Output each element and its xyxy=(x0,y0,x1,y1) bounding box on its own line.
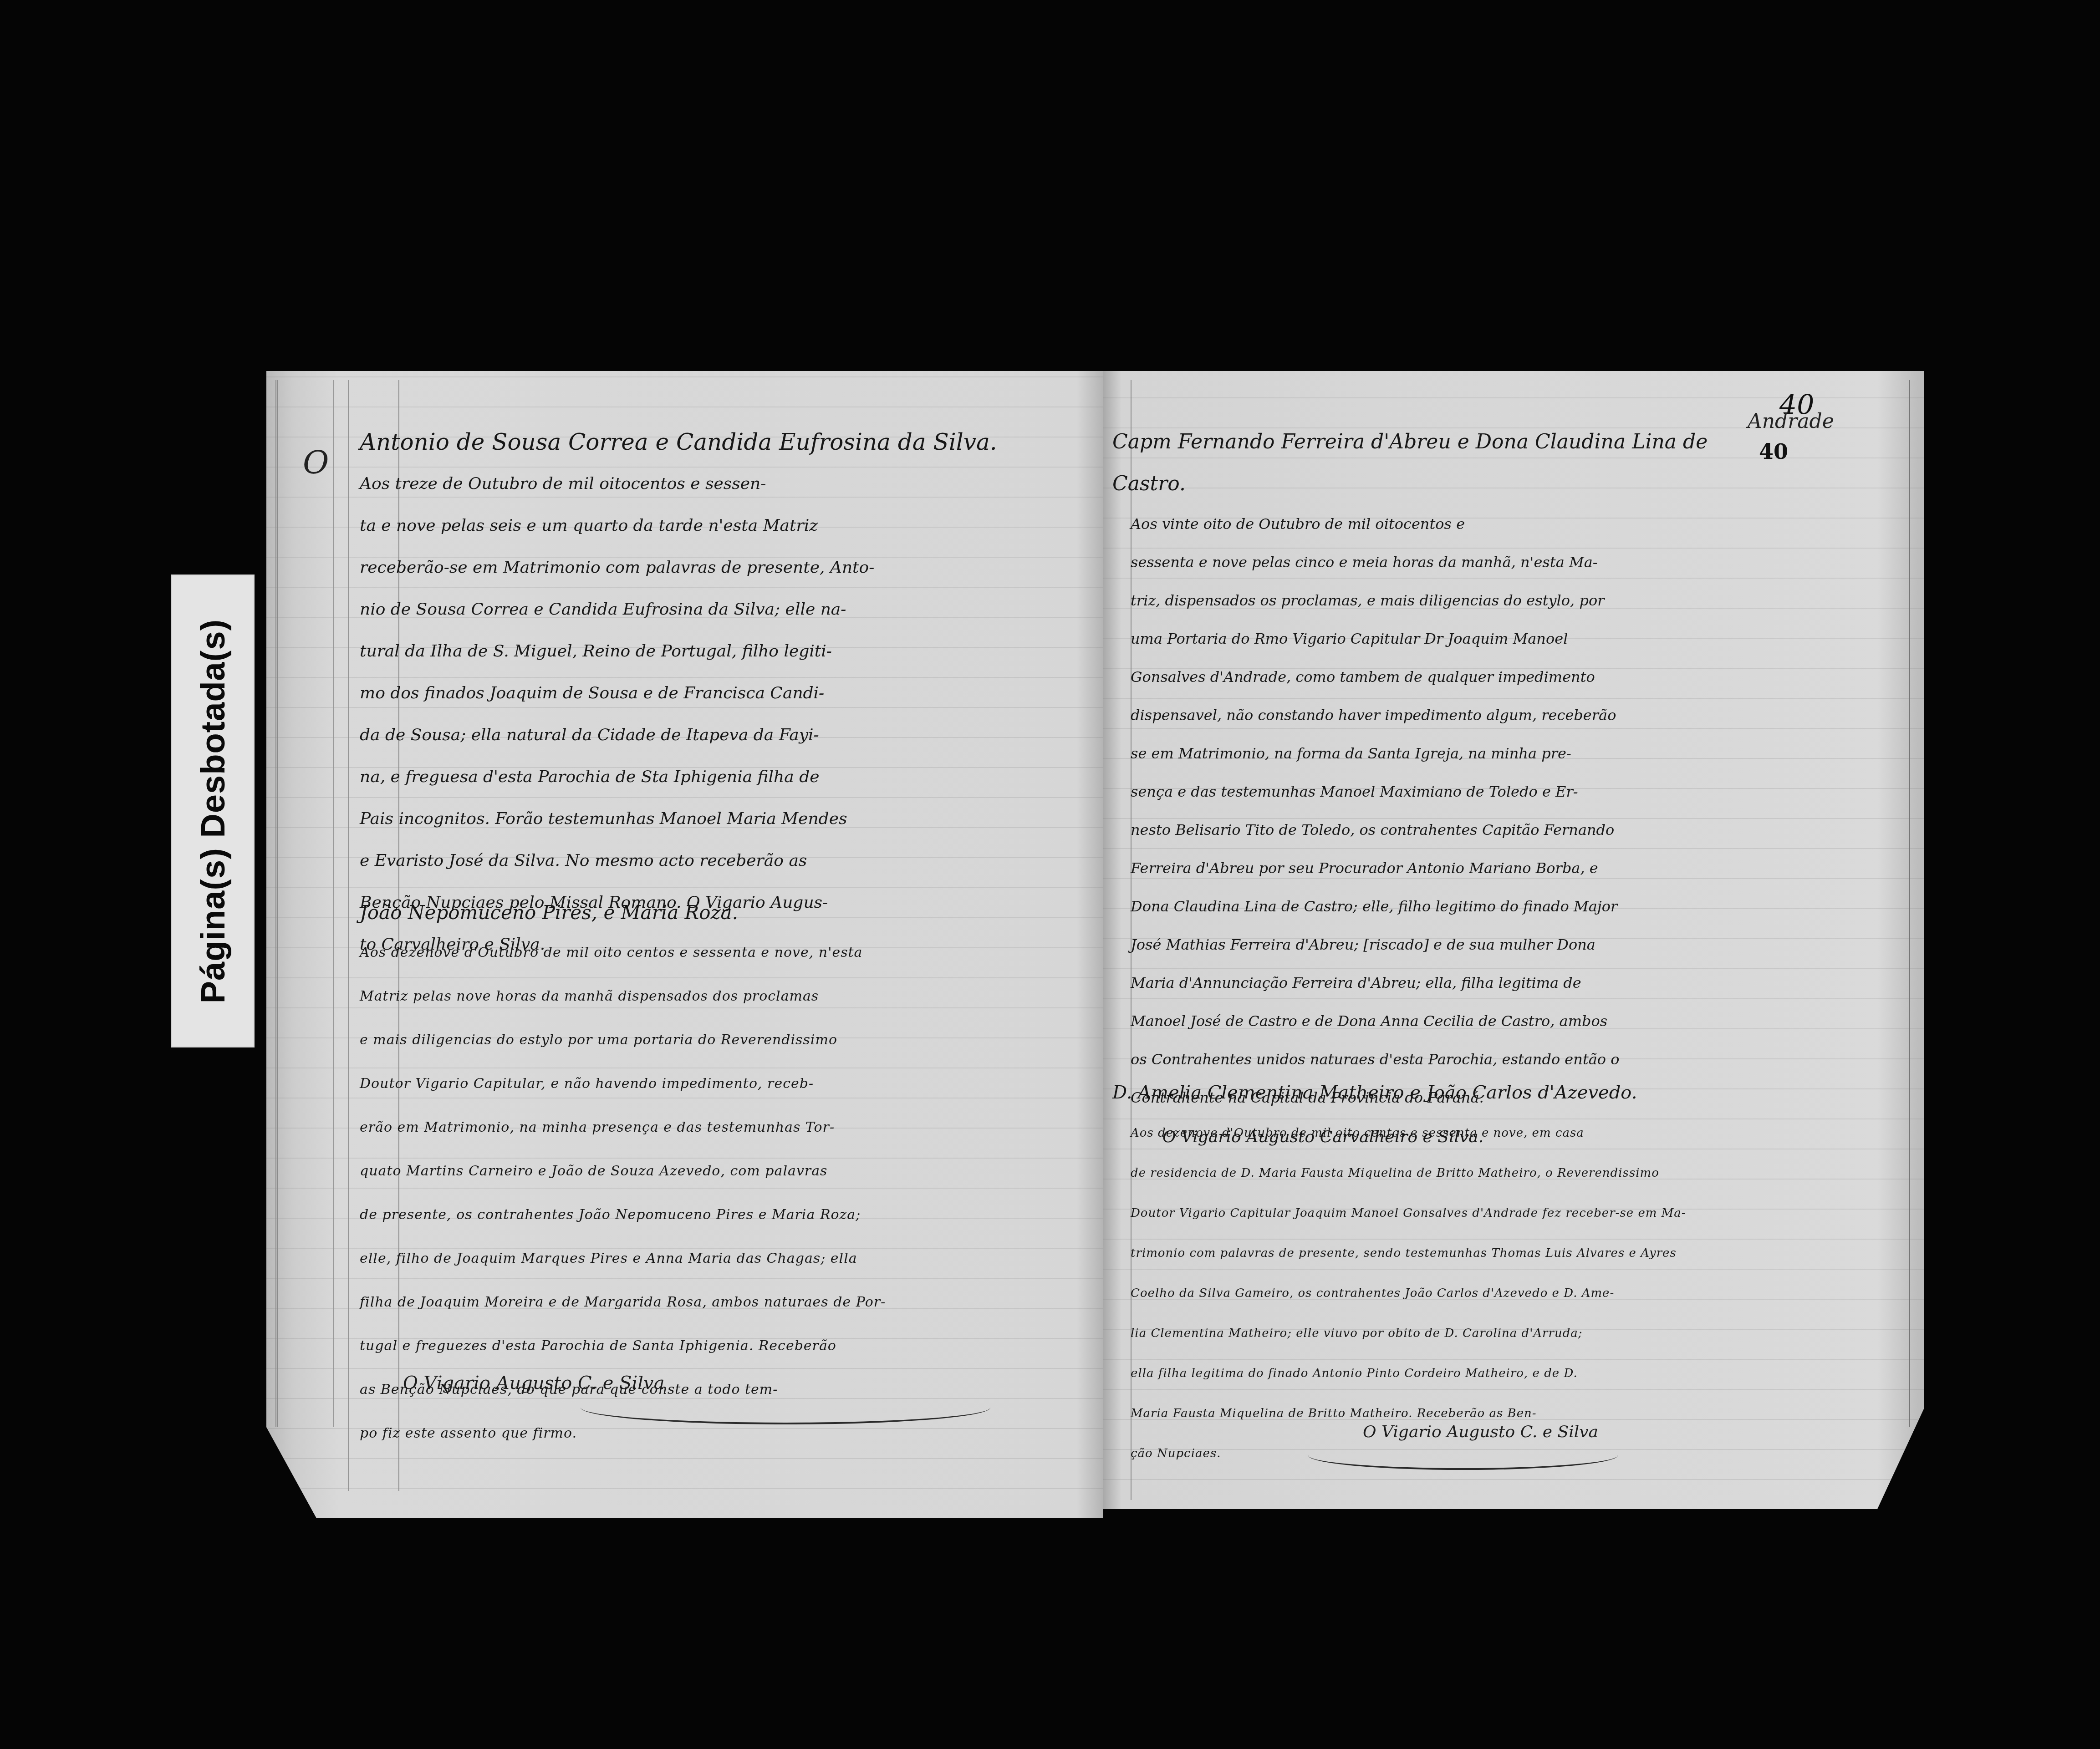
entry-line: Aos dezenove d'Outubro de mil oito cento… xyxy=(1112,1113,1896,1153)
entry-line: Aos vinte oito de Outubro de mil oitocen… xyxy=(1112,505,1896,543)
right-page: 40 40 Andrade Capm Fernando Ferreira d'A… xyxy=(1103,371,1924,1509)
entry-line: de residencia de D. Maria Fausta Miqueli… xyxy=(1112,1153,1896,1193)
entry-line: na, e freguesa d'esta Parochia de Sta Ip… xyxy=(360,756,1070,798)
entry-line: sessenta e nove pelas cinco e meia horas… xyxy=(1112,543,1896,581)
entry-line: Dona Claudina Lina de Castro; elle, filh… xyxy=(1112,887,1896,925)
right-entry-1: Capm Fernando Ferreira d'Abreu e Dona Cl… xyxy=(1112,421,1896,1158)
entry-line: da de Sousa; ella natural da Cidade de I… xyxy=(360,714,1070,756)
entry-heading: Antonio de Sousa Correa e Candida Eufros… xyxy=(360,421,1070,463)
entry-line: dispensavel, não constando haver impedim… xyxy=(1112,696,1896,734)
entry-line: Aos dezenove d'Outubro de mil oito cento… xyxy=(360,931,1070,975)
margin-rule-outer xyxy=(348,380,349,1491)
entry-line: e mais diligencias do estylo por uma por… xyxy=(360,1018,1070,1062)
entry-line: filha de Joaquim Moreira e de Margarida … xyxy=(360,1281,1070,1324)
entry-line: Doutor Vigario Capitular Joaquim Manoel … xyxy=(1112,1193,1896,1233)
entry-line: trimonio com palavras de presente, sendo… xyxy=(1112,1233,1896,1273)
right-signature: O Vigario Augusto C. e Silva xyxy=(1363,1423,1598,1441)
entry-line: receberão-se em Matrimonio com palavras … xyxy=(360,547,1070,589)
entry-line: ta e nove pelas seis e um quarto da tard… xyxy=(360,505,1070,547)
entry-line: mo dos finados Joaquim de Sousa e de Fra… xyxy=(360,672,1070,714)
entry-line: Coelho da Silva Gameiro, os contrahentes… xyxy=(1112,1273,1896,1313)
entry-heading: D. Amelia Clementina Matheiro e João Car… xyxy=(1112,1072,1896,1113)
entry-line: nio de Sousa Correa e Candida Eufrosina … xyxy=(360,589,1070,630)
entry-line: Doutor Vigario Capitular, e não havendo … xyxy=(360,1062,1070,1106)
entry-line: triz, dispensados os proclamas, e mais d… xyxy=(1112,581,1896,620)
left-page: O Antonio de Sousa Correa e Candida Eufr… xyxy=(266,371,1103,1518)
entry-line: José Mathias Ferreira d'Abreu; [riscado]… xyxy=(1112,925,1896,964)
entry-line: erão em Matrimonio, na minha presença e … xyxy=(360,1106,1070,1149)
entry-line: tural da Ilha de S. Miguel, Reino de Por… xyxy=(360,630,1070,672)
entry-line: e Evaristo José da Silva. No mesmo acto … xyxy=(360,840,1070,882)
entry-line: se em Matrimonio, na forma da Santa Igre… xyxy=(1112,734,1896,773)
entry-line: uma Portaria do Rmo Vigario Capitular Dr… xyxy=(1112,620,1896,658)
entry-line: Ferreira d'Abreu por seu Procurador Anto… xyxy=(1112,849,1896,887)
entry-line: de presente, os contrahentes João Nepomu… xyxy=(360,1193,1070,1237)
margin-mark: O xyxy=(303,444,329,481)
entry-heading: Capm Fernando Ferreira d'Abreu e Dona Cl… xyxy=(1112,421,1741,505)
entry-line: tugal e freguezes d'esta Parochia de San… xyxy=(360,1324,1070,1368)
entry-line: Pais incognitos. Forão testemunhas Manoe… xyxy=(360,798,1070,840)
entry-line: elle, filho de Joaquim Marques Pires e A… xyxy=(360,1237,1070,1281)
entry-line: sença e das testemunhas Manoel Maximiano… xyxy=(1112,773,1896,811)
entry-line: quato Martins Carneiro e João de Souza A… xyxy=(360,1149,1070,1193)
faded-pages-label-text: Página(s) Desbotada(s) xyxy=(194,619,232,1003)
entry-line: lia Clementina Matheiro; elle viuvo por … xyxy=(1112,1313,1896,1353)
entry-line: Maria d'Annunciação Ferreira d'Abreu; el… xyxy=(1112,964,1896,1002)
entry-line: Gonsalves d'Andrade, como tambem de qual… xyxy=(1112,658,1896,696)
page-edge-rule xyxy=(1909,380,1910,1427)
signature-flourish xyxy=(581,1391,990,1424)
entry-heading: João Nepomuceno Pires, e Maria Roza. xyxy=(360,895,1070,931)
register-book: O Antonio de Sousa Correa e Candida Eufr… xyxy=(266,371,1924,1518)
page-stack-edges xyxy=(275,380,334,1427)
entry-line: nesto Belisario Tito de Toledo, os contr… xyxy=(1112,811,1896,849)
right-entry-2: D. Amelia Clementina Matheiro e João Car… xyxy=(1112,1072,1896,1474)
entry-line: Matriz pelas nove horas da manhã dispens… xyxy=(360,975,1070,1018)
left-entry-2: João Nepomuceno Pires, e Maria Roza. Aos… xyxy=(360,895,1070,1455)
entry-line: ella filha legitima do finado Antonio Pi… xyxy=(1112,1353,1896,1393)
signature-flourish xyxy=(1308,1441,1618,1470)
entry-line: Manoel José de Castro e de Dona Anna Cec… xyxy=(1112,1002,1896,1040)
entry-line: Aos treze de Outubro de mil oitocentos e… xyxy=(360,463,1070,505)
left-entry-1: Antonio de Sousa Correa e Candida Eufros… xyxy=(360,421,1070,966)
faded-pages-label: Página(s) Desbotada(s) xyxy=(171,575,255,1047)
